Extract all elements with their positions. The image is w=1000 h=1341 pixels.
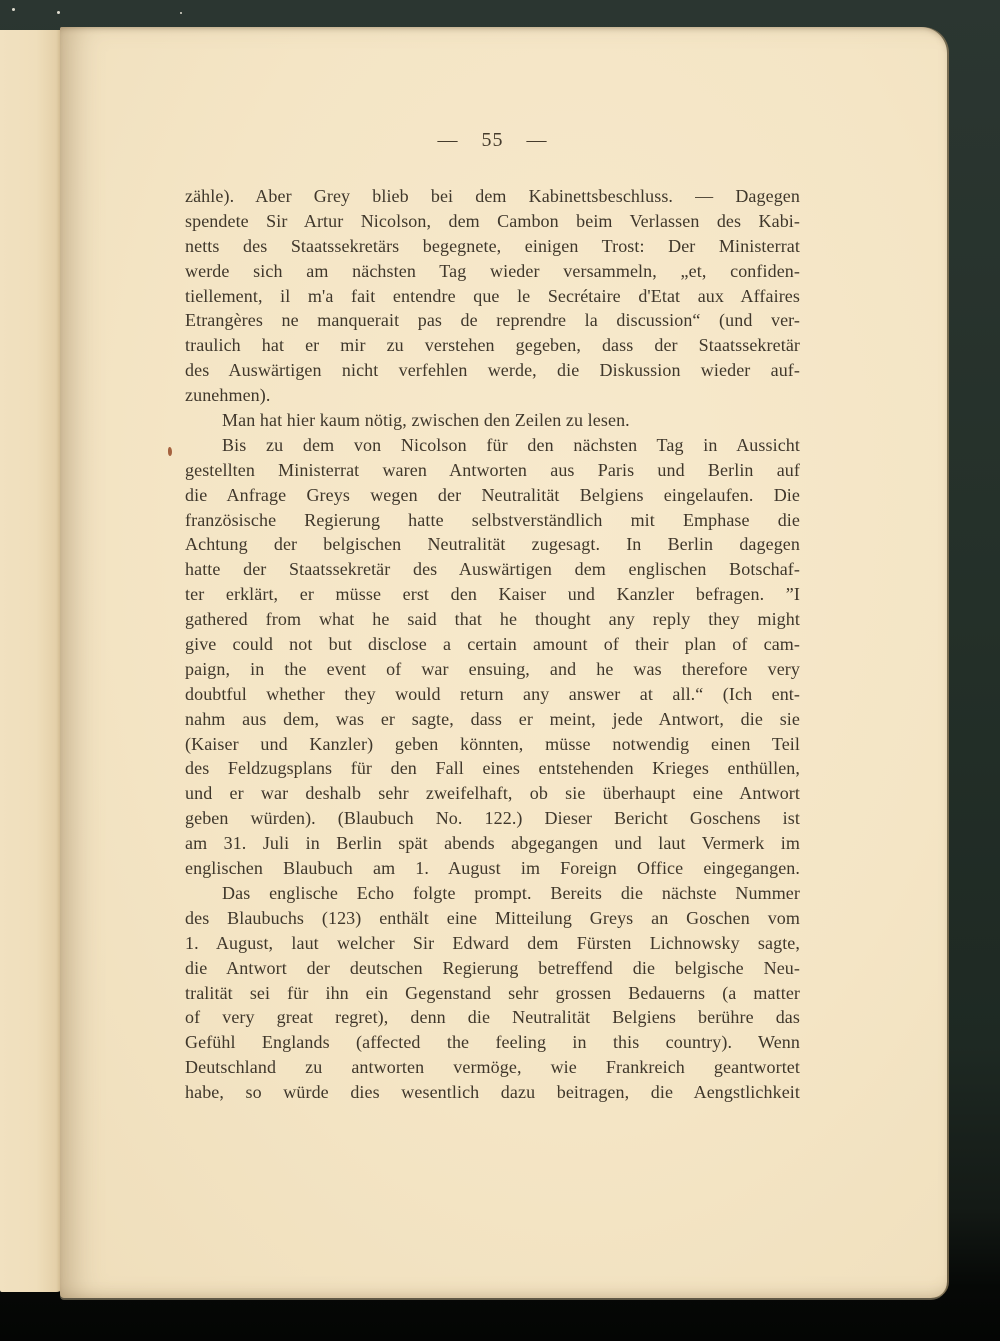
text-line: zunehmen). — [185, 383, 800, 408]
book-photo-backdrop: — 55 — zähle). Aber Grey blieb bei dem K… — [0, 0, 1000, 1341]
dust-speck — [180, 12, 182, 14]
text-line: of very great regret), denn die Neutrali… — [185, 1005, 800, 1030]
text-line: des Blaubuchs (123) enthält eine Mitteil… — [185, 906, 800, 931]
text-line: give could not but disclose a certain am… — [185, 632, 800, 657]
text-line: Achtung der belgischen Neutralität zuges… — [185, 532, 800, 557]
text-line: 1. August, laut welcher Sir Edward dem F… — [185, 931, 800, 956]
book-page: — 55 — zähle). Aber Grey blieb bei dem K… — [60, 27, 947, 1298]
text-line: paign, in the event of war ensuing, and … — [185, 657, 800, 682]
text-line: (Kaiser und Kanzler) geben könnten, müss… — [185, 732, 800, 757]
text-line: gathered from what he said that he thoug… — [185, 607, 800, 632]
text-line: Deutschland zu antworten vermöge, wie Fr… — [185, 1055, 800, 1080]
text-line: Man hat hier kaum nötig, zwischen den Ze… — [185, 408, 800, 433]
text-line: des Feldzugsplans für den Fall eines ent… — [185, 756, 800, 781]
dust-speck — [57, 11, 60, 14]
text-line: ter erklärt, er müsse erst den Kaiser un… — [185, 582, 800, 607]
ink-speck — [168, 447, 172, 456]
text-line: Bis zu dem von Nicolson für den nächsten… — [185, 433, 800, 458]
text-line: Etrangères ne manquerait pas de reprendr… — [185, 308, 800, 333]
text-line: netts des Staatssekretärs begegnete, ein… — [185, 234, 800, 259]
text-line: zähle). Aber Grey blieb bei dem Kabinett… — [185, 184, 800, 209]
dust-speck — [12, 8, 15, 11]
text-line: traulich hat er mir zu verstehen gegeben… — [185, 333, 800, 358]
text-line: geben würden). (Blaubuch No. 122.) Diese… — [185, 806, 800, 831]
text-line: die Anfrage Greys wegen der Neutralität … — [185, 483, 800, 508]
text-line: französische Regierung hatte selbstverst… — [185, 508, 800, 533]
text-line: und er war deshalb sehr zweifelhaft, ob … — [185, 781, 800, 806]
text-line: des Auswärtigen nicht verfehlen werde, d… — [185, 358, 800, 383]
text-line: Gefühl Englands (affected the feeling in… — [185, 1030, 800, 1055]
text-line: werde sich am nächsten Tag wieder versam… — [185, 259, 800, 284]
text-line: habe, so würde dies wesentlich dazu beit… — [185, 1080, 800, 1105]
text-line: englischen Blaubuch am 1. August im Fore… — [185, 856, 800, 881]
text-line: die Antwort der deutschen Regierung betr… — [185, 956, 800, 981]
text-line: hatte der Staatssekretär des Auswärtigen… — [185, 557, 800, 582]
facing-page-edge — [0, 30, 66, 1292]
text-line: gestellten Ministerrat waren Antworten a… — [185, 458, 800, 483]
text-line: doubtful whether they would return any a… — [185, 682, 800, 707]
page-number-header: — 55 — — [185, 129, 800, 152]
text-line: am 31. Juli in Berlin spät abends abgega… — [185, 831, 800, 856]
text-line: tiellement, il m'a fait entendre que le … — [185, 284, 800, 309]
text-line: spendete Sir Artur Nicolson, dem Cambon … — [185, 209, 800, 234]
text-line: Das englische Echo folgte prompt. Bereit… — [185, 881, 800, 906]
text-line: tralität sei für ihn ein Gegenstand sehr… — [185, 981, 800, 1006]
page-text-block: zähle). Aber Grey blieb bei dem Kabinett… — [185, 184, 800, 1105]
text-line: nahm aus dem, was er sagte, dass er mein… — [185, 707, 800, 732]
